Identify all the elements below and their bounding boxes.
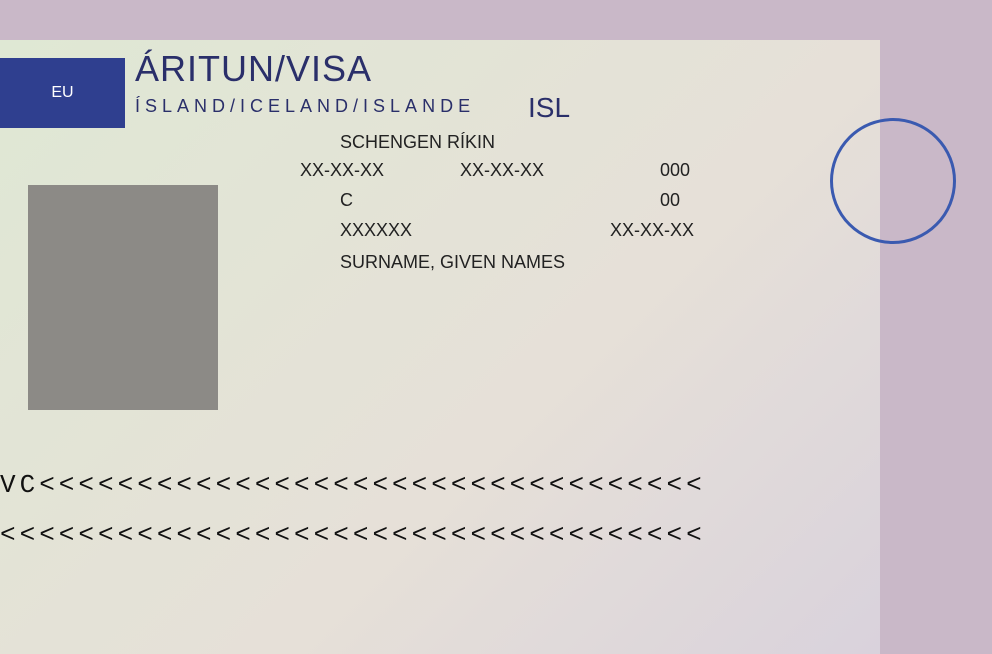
document-subtitle: ÍSLAND/ICELAND/ISLANDE (135, 96, 475, 117)
name-field: SURNAME, GIVEN NAMES (340, 252, 565, 273)
from-field: XX-XX-XX (300, 160, 384, 181)
entries-field: 00 (660, 190, 680, 211)
photo-placeholder (28, 185, 218, 410)
validity-field: SCHENGEN RÍKIN (340, 132, 495, 153)
document-title: ÁRITUN/VISA (135, 48, 372, 90)
until-field: XX-XX-XX (460, 160, 544, 181)
mrz-line-2: <<<<<<<<<<<<<<<<<<<<<<<<<<<<<<<<<<<< (0, 520, 706, 550)
type-field: C (340, 190, 353, 211)
country-code: ISL (528, 92, 570, 124)
issue-date-field: XX-XX-XX (610, 220, 694, 241)
eu-flag-icon: EU (0, 58, 125, 128)
mrz-line-1: VC<<<<<<<<<<<<<<<<<<<<<<<<<<<<<<<<<< (0, 470, 706, 500)
issued-at-field: XXXXXX (340, 220, 412, 241)
visa-document: EU ÁRITUN/VISA ÍSLAND/ICELAND/ISLANDE IS… (0, 40, 880, 654)
flag-label: EU (51, 84, 73, 102)
embassy-stamp-icon (830, 118, 956, 244)
duration-field: 000 (660, 160, 690, 181)
